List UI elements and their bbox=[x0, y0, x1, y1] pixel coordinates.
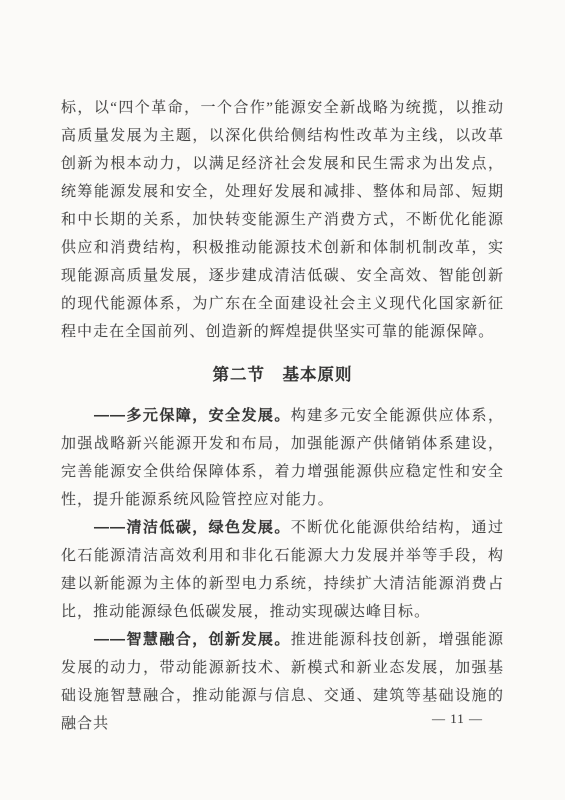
document-page: 标，以“四个革命，一个合作”能源安全新战略为统揽，以推动高质量发展为主题，以深化… bbox=[0, 0, 565, 800]
continuation-paragraph: 标，以“四个革命，一个合作”能源安全新战略为统揽，以推动高质量发展为主题，以深化… bbox=[61, 94, 504, 346]
principle-3-lead: ——智慧融合，创新发展。 bbox=[94, 631, 291, 648]
principle-paragraph-2: ——清洁低碳，绿色发展。不断优化能源供给结构，通过化石能源清洁高效利用和非化石能… bbox=[61, 514, 504, 626]
principle-1-lead: ——多元保障，安全发展。 bbox=[94, 407, 291, 424]
page-content: 标，以“四个革命，一个合作”能源安全新战略为统揽，以推动高质量发展为主题，以深化… bbox=[61, 94, 504, 738]
principle-2-lead: ——清洁低碳，绿色发展。 bbox=[94, 519, 291, 536]
page-number: — 11 — bbox=[432, 710, 483, 728]
principle-paragraph-1: ——多元保障，安全发展。构建多元安全能源供应体系，加强战略新兴能源开发和布局，加… bbox=[61, 402, 504, 514]
section-heading: 第二节 基本原则 bbox=[61, 364, 504, 386]
